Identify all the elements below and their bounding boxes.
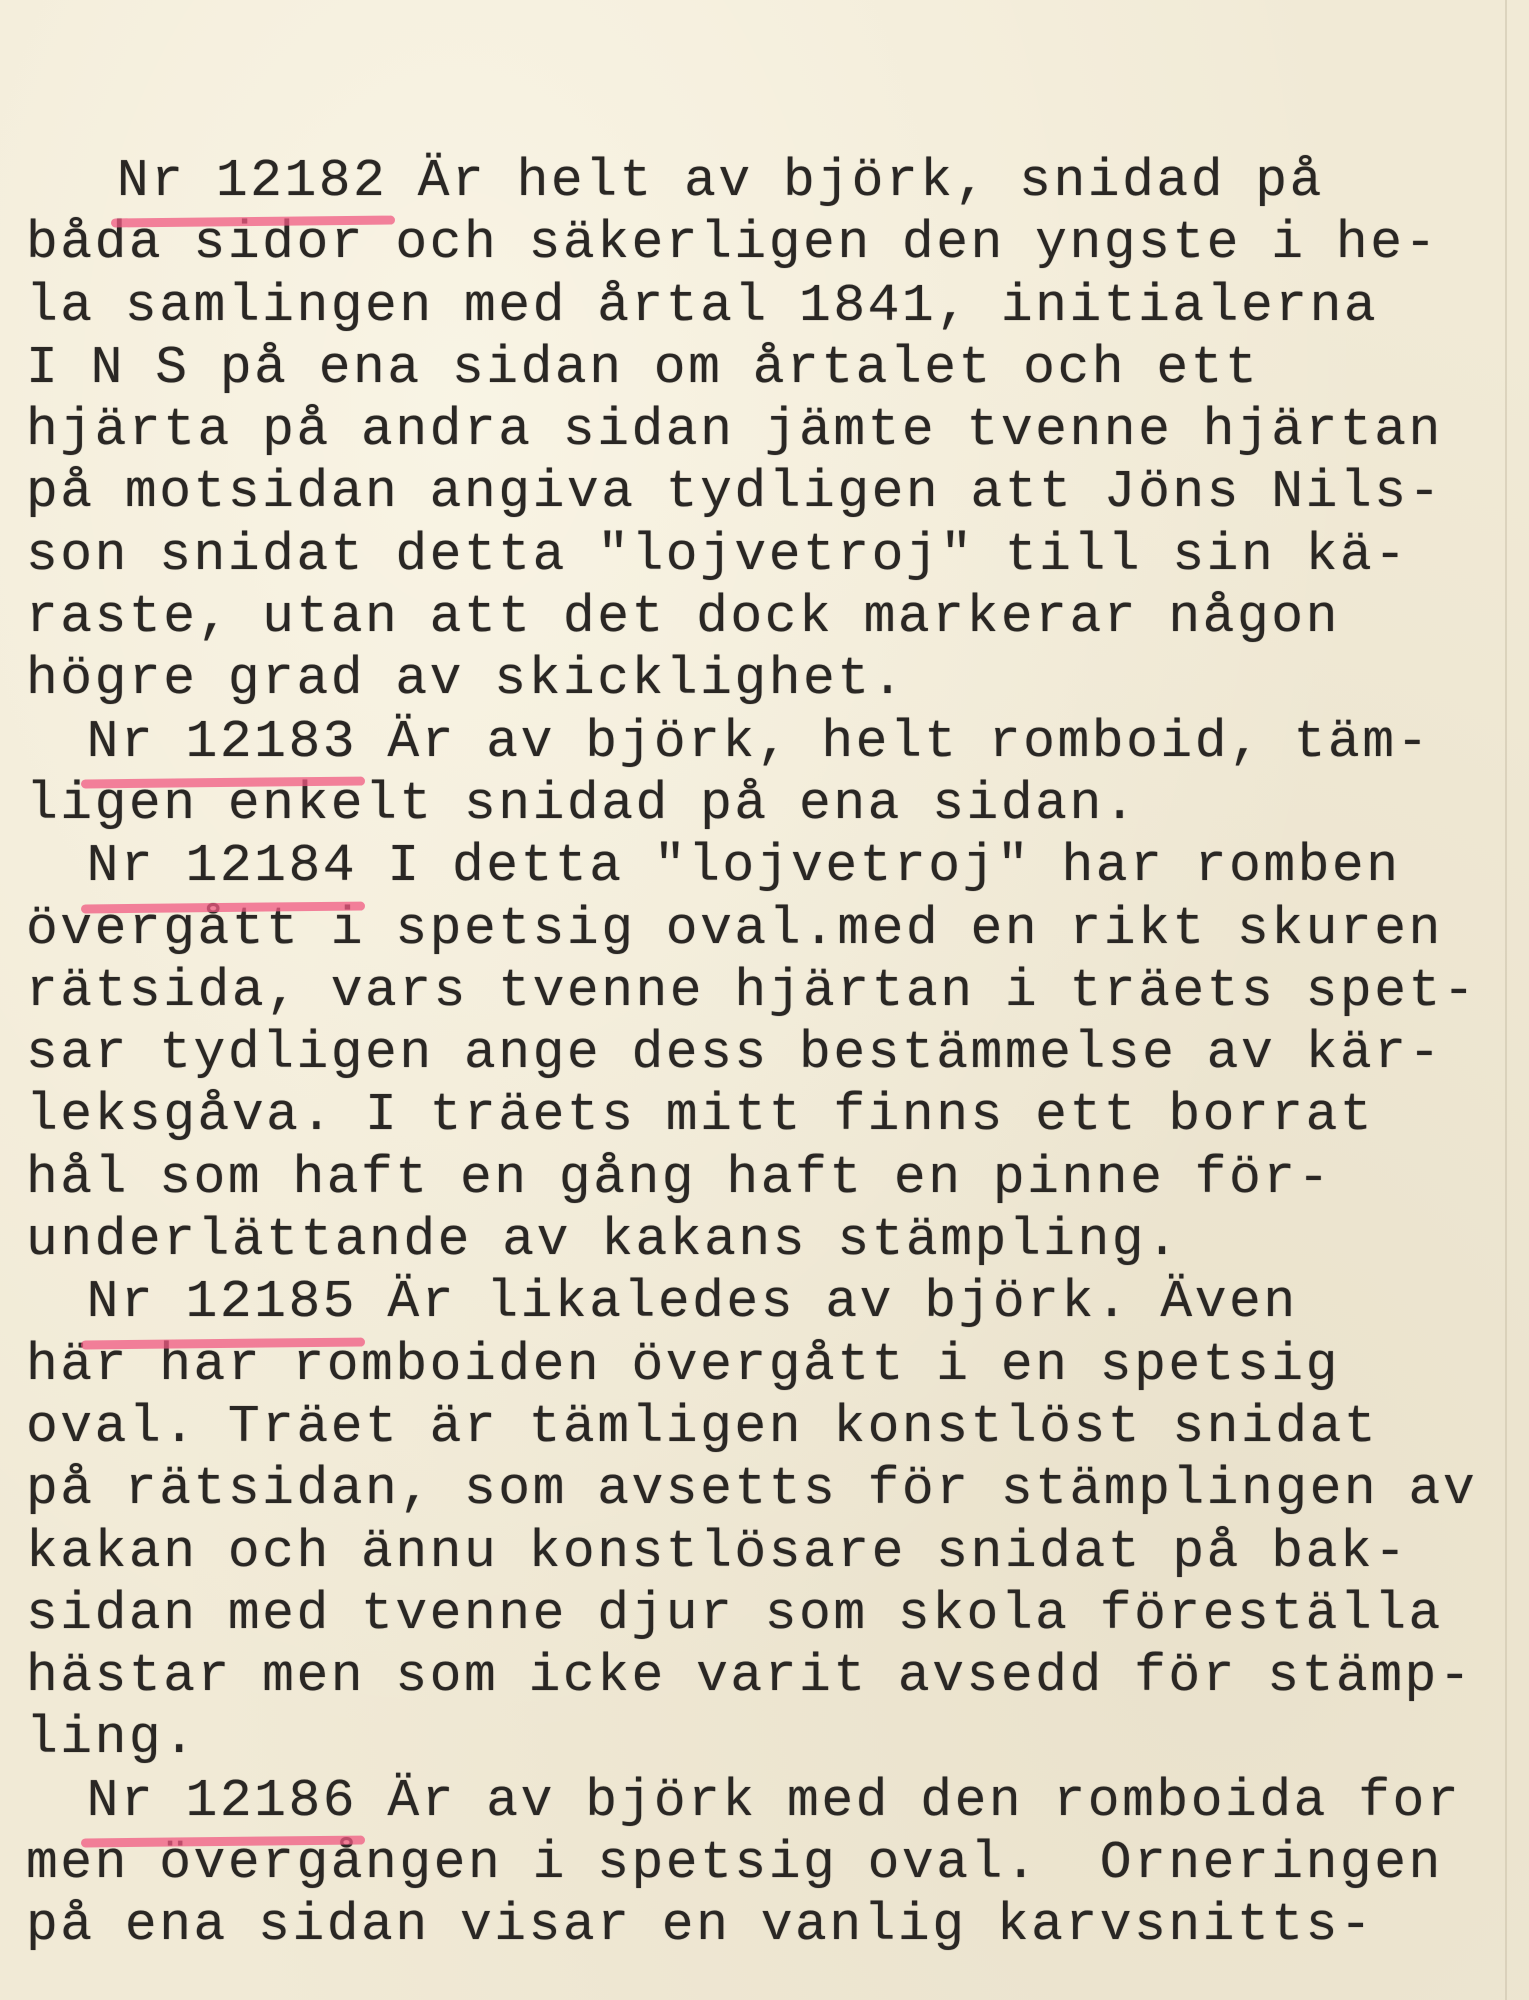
catalog-number: Nr 12182 [117,150,387,212]
catalog-number: Nr 12186 [87,1770,357,1832]
text-line: på ena sidan visar en vanlig karvsnitts- [26,1894,1516,1956]
entry-nr-12185: Nr 12185 Är likaledes av björk. Ävenhär … [26,1271,1516,1769]
text-line: Nr 12186 Är av björk med den romboida fo… [26,1770,1516,1832]
entry-nr-12186: Nr 12186 Är av björk med den romboida fo… [26,1770,1516,1957]
text-line: son snidat detta "lojvetroj" till sin kä… [26,524,1516,586]
entry-nr-12184: Nr 12184 I detta "lojvetroj" har rombenö… [26,835,1516,1271]
text-line: oval. Träet är tämligen konstlöst snidat [26,1396,1516,1458]
text-line: la samlingen med årtal 1841, initialerna [26,275,1516,337]
text-line: rätsida, vars tvenne hjärtan i träets sp… [26,960,1516,1022]
text-line: hästar men som icke varit avsedd för stä… [26,1645,1516,1707]
text-line: Nr 12185 Är likaledes av björk. Även [26,1271,1516,1333]
text-line: leksgåva. I träets mitt finns ett borrat [26,1084,1516,1146]
text-line: underlättande av kakans stämpling. [26,1209,1516,1271]
text-line: sar tydligen ange dess bestämmelse av kä… [26,1022,1516,1084]
typewritten-text: Nr 12182 Är helt av björk, snidad påbåda… [26,150,1516,1957]
text-line: högre grad av skicklighet. [26,648,1516,710]
text-line: på rätsidan, som avsetts för stämplingen… [26,1458,1516,1520]
text-line: på motsidan angiva tydligen att Jöns Nil… [26,461,1516,523]
catalog-number: Nr 12184 [87,835,357,897]
text-line: kakan och ännu konstlösare snidat på bak… [26,1521,1516,1583]
text-line: Nr 12184 I detta "lojvetroj" har romben [26,835,1516,897]
text-line: I N S på ena sidan om årtalet och ett [26,337,1516,399]
text-line: hål som haft en gång haft en pinne för- [26,1147,1516,1209]
entry-nr-12183: Nr 12183 Är av björk, helt romboid, täm-… [26,711,1516,836]
text-line: hjärta på andra sidan jämte tvenne hjärt… [26,399,1516,461]
entry-nr-12182: Nr 12182 Är helt av björk, snidad påbåda… [26,150,1516,711]
text-line: sidan med tvenne djur som skola förestäl… [26,1583,1516,1645]
text-line: ling. [26,1707,1516,1769]
text-line: raste, utan att det dock markerar någon [26,586,1516,648]
text-line: Nr 12182 Är helt av björk, snidad på [26,150,1516,212]
catalog-number: Nr 12185 [87,1271,357,1333]
catalog-number: Nr 12183 [87,711,357,773]
text-line: Nr 12183 Är av björk, helt romboid, täm- [26,711,1516,773]
